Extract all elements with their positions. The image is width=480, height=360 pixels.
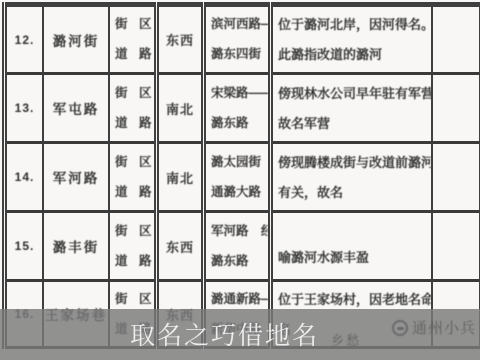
range-line2: 潞东四街 <box>211 47 265 62</box>
description-line1: 傍现林水公司早年驻有军营， <box>278 86 428 101</box>
street-name-table: 12. 潞河街 街 区道 路 东西 滨河西路—潞东四街 位于潞河北岸，因河得名。… <box>2 2 480 349</box>
empty-cell <box>432 5 480 74</box>
category-cell: 街 区道 路 <box>109 143 157 212</box>
description-cell: 位于潞河北岸，因河得名。此潞指改道的潞河 <box>271 5 433 74</box>
range-cell: 潞太园街通潞大路 <box>204 143 271 212</box>
empty-cell <box>432 74 480 143</box>
direction-cell: 南北 <box>157 74 204 143</box>
table-row: 13. 军屯路 街 区道 路 南北 宋梁路——潞东路 傍现林水公司早年驻有军营，… <box>5 74 480 143</box>
description-cell: 傍现腾楼成街与改道前潞河有关，故名 <box>271 143 433 212</box>
row-number: 15. <box>5 212 44 281</box>
empty-cell <box>432 143 480 212</box>
description-line2: 有关，故名 <box>278 185 428 200</box>
category-cell: 街 区道 路 <box>109 5 157 74</box>
description-line1: 傍现腾楼成街与改道前潞河 <box>278 155 428 170</box>
category-line1: 街 区 <box>115 292 151 307</box>
street-name: 潞丰街 <box>43 212 109 281</box>
street-name: 军屯路 <box>43 74 109 143</box>
category-line1: 街 区 <box>115 155 151 170</box>
direction-cell: 东西 <box>157 5 204 74</box>
range-line2: 潞东路 <box>211 116 265 131</box>
description-cell: 傍现林水公司早年驻有军营，故名军营 <box>271 74 433 143</box>
category-line2: 道 路 <box>115 185 151 200</box>
category-line1: 街 区 <box>115 17 151 32</box>
direction-cell: 南北 <box>157 143 204 212</box>
table-row: 14. 军河路 街 区道 路 南北 潞太园街通潞大路 傍现腾楼成街与改道前潞河有… <box>5 143 480 212</box>
category-cell: 街 区道 路 <box>109 74 157 143</box>
empty-cell <box>432 212 480 281</box>
direction-cell: 东西 <box>157 212 204 281</box>
caption-title: 取名之巧借地名 <box>130 316 319 352</box>
description-line2: 此潞指改道的潞河 <box>278 47 428 62</box>
description-line2: 故名军营 <box>278 116 428 131</box>
watermark-label: 通州小兵 <box>412 317 476 338</box>
category-line2: 道 路 <box>115 116 151 131</box>
category-cell: 街 区道 路 <box>109 212 157 281</box>
category-line2: 道 路 <box>115 47 151 62</box>
street-name: 军河路 <box>43 143 109 212</box>
street-name: 潞河街 <box>43 5 109 74</box>
round-seal-icon <box>392 320 408 336</box>
range-line1: 宋梁路—— <box>211 86 265 101</box>
category-line1: 街 区 <box>115 224 151 239</box>
category-line2: 道 路 <box>115 254 151 269</box>
range-line1: 潞太园街 <box>211 155 265 170</box>
table-row: 15. 潞丰街 街 区道 路 东西 军河路 经潞东路 喻潞河水源丰盈 <box>5 212 480 281</box>
range-cell: 宋梁路——潞东路 <box>204 74 271 143</box>
row-number: 13. <box>5 74 44 143</box>
description-line1: 位于王家场村，因老地名命 <box>278 292 428 307</box>
scanned-document-page: 12. 潞河街 街 区道 路 东西 滨河西路—潞东四街 位于潞河北岸，因河得名。… <box>0 0 480 360</box>
faint-background-text: 乡愁 <box>331 330 361 349</box>
description-cell: 喻潞河水源丰盈 <box>271 212 433 281</box>
range-line1: 潞通新路— <box>211 292 265 307</box>
category-line1: 街 区 <box>115 86 151 101</box>
description-line1: 位于潞河北岸，因河得名。 <box>278 17 428 32</box>
range-line1: 军河路 经 <box>211 224 265 239</box>
range-line1: 滨河西路— <box>211 17 265 32</box>
range-cell: 滨河西路—潞东四街 <box>204 5 271 74</box>
range-line2: 潞东路 <box>211 254 265 269</box>
watermark: 通州小兵 <box>392 317 476 338</box>
range-cell: 军河路 经潞东路 <box>204 212 271 281</box>
description-line2: 喻潞河水源丰盈 <box>278 250 428 265</box>
range-line2: 通潞大路 <box>211 185 265 200</box>
row-number: 14. <box>5 143 44 212</box>
row-number: 12. <box>5 5 44 74</box>
table-row: 12. 潞河街 街 区道 路 东西 滨河西路—潞东四街 位于潞河北岸，因河得名。… <box>5 5 480 74</box>
